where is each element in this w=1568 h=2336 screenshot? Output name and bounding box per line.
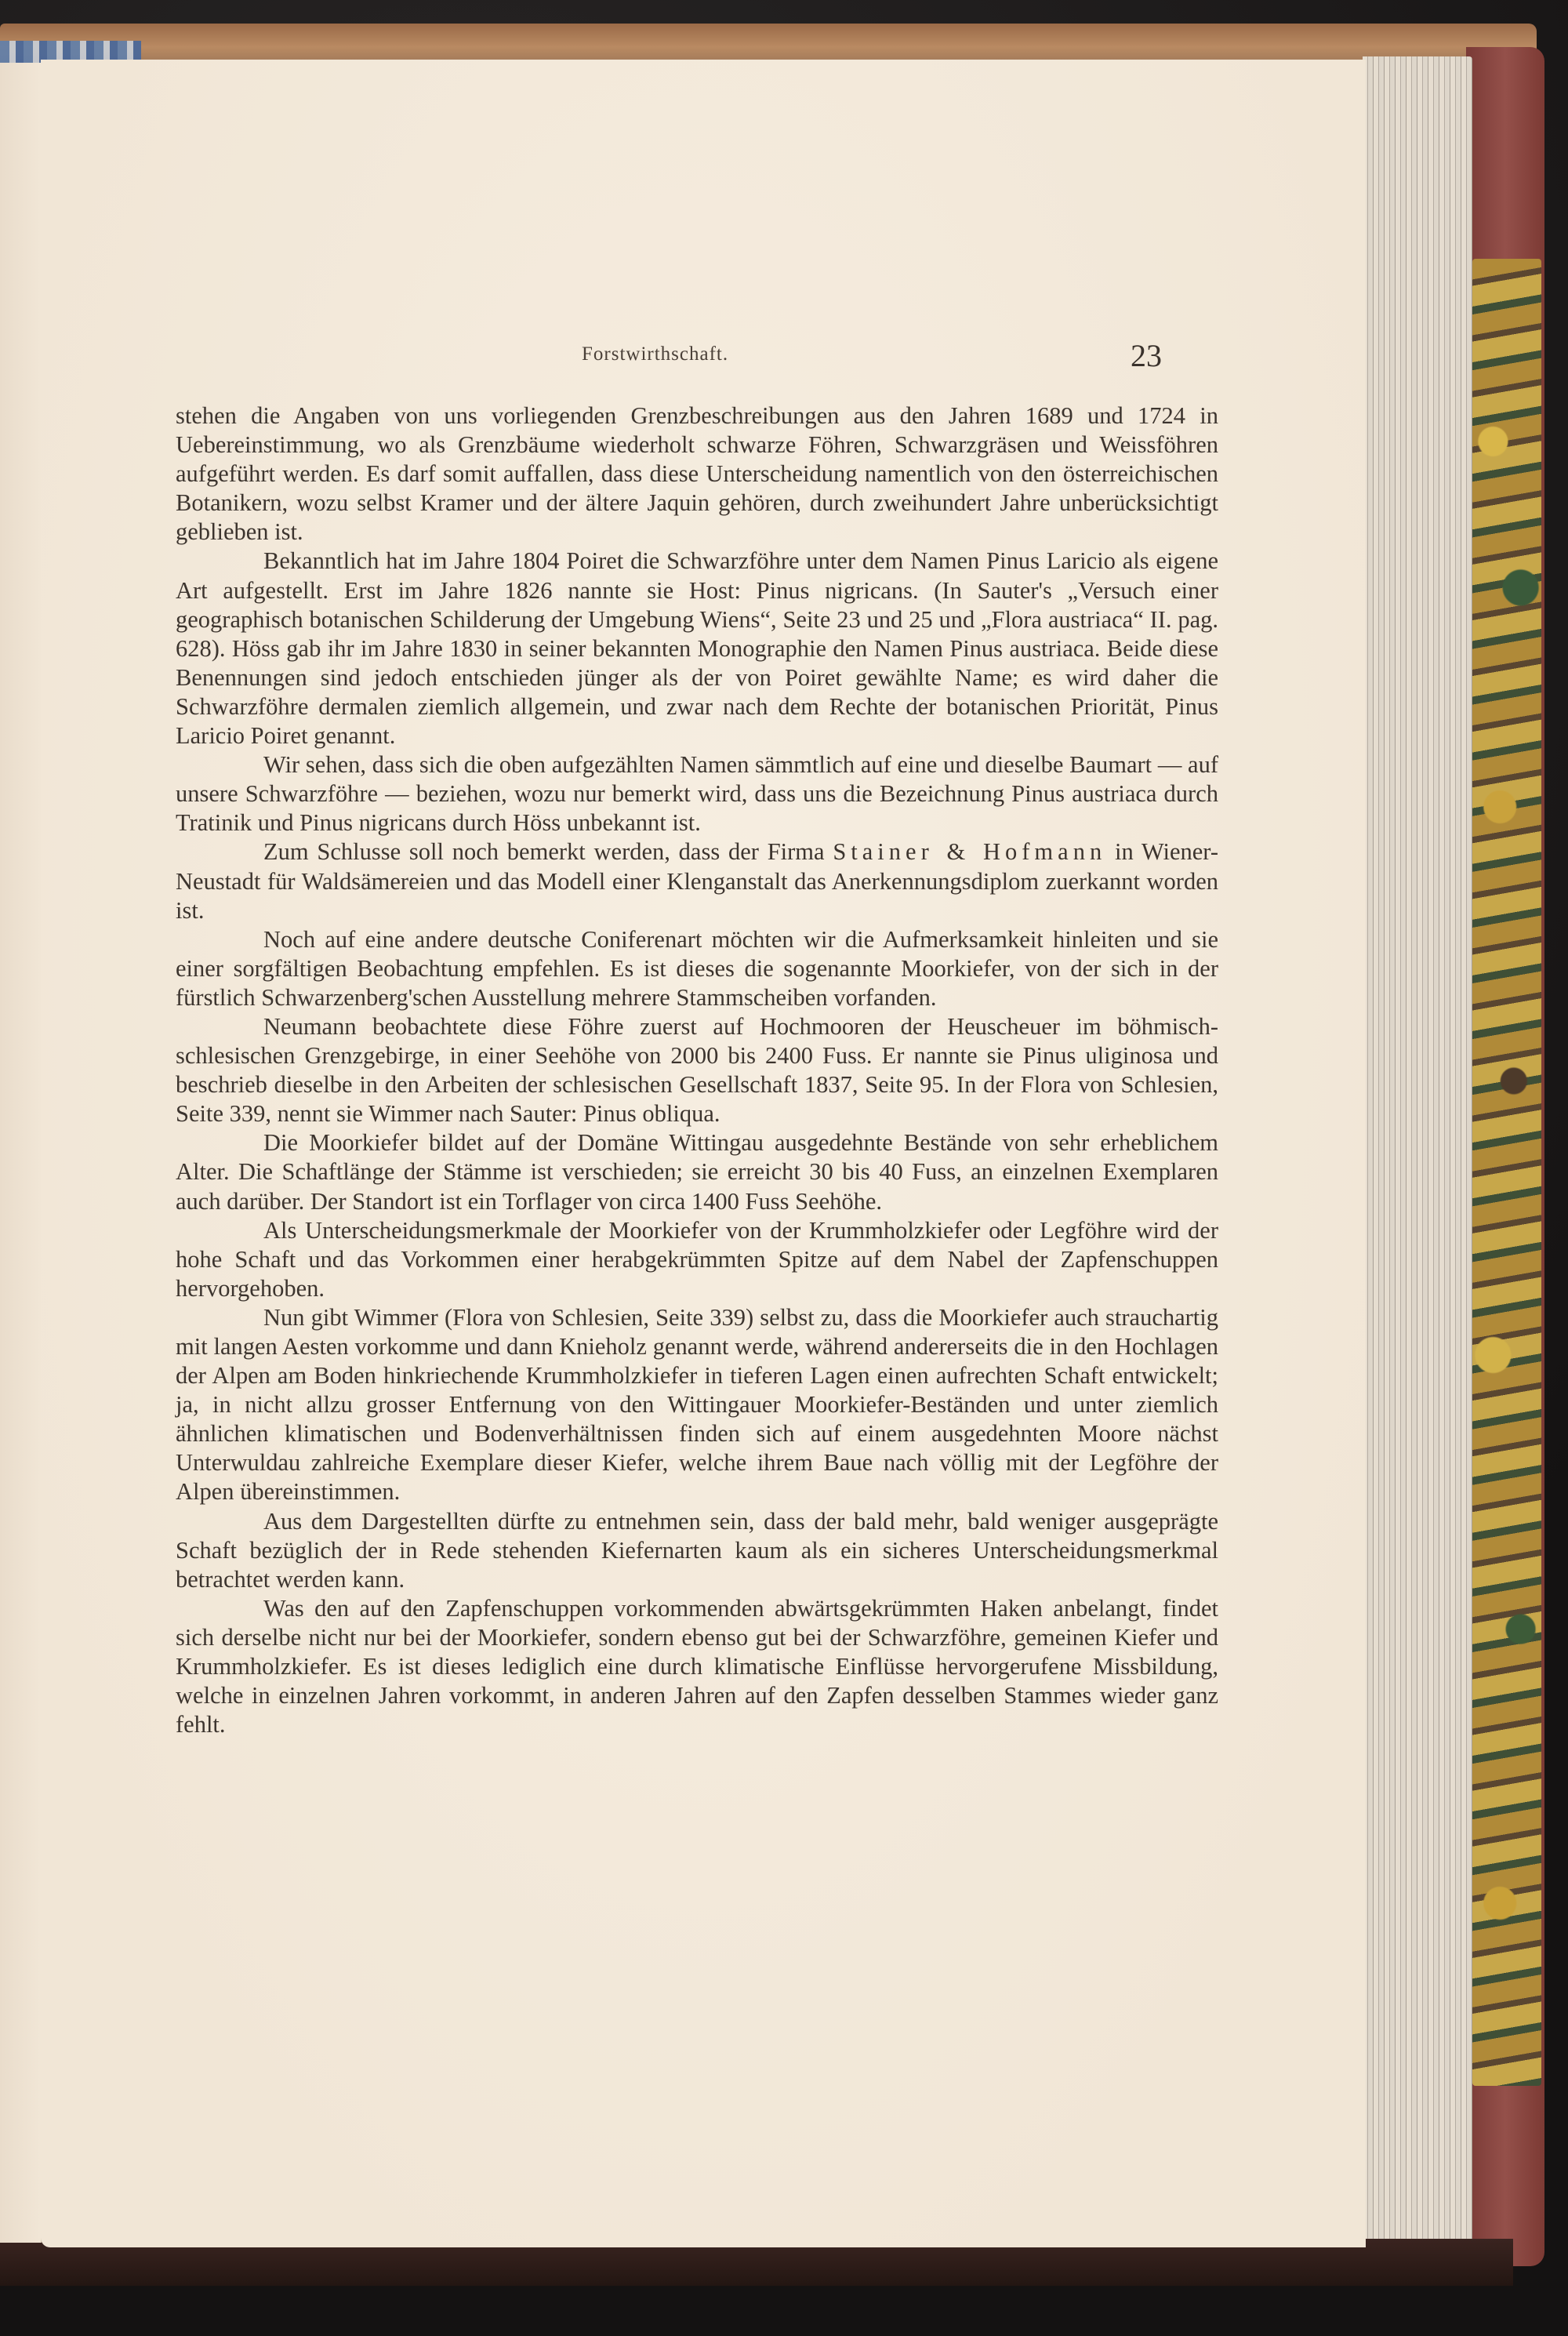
body-text: stehen die Angaben von uns vorliegenden …: [176, 401, 1218, 1739]
marbled-cover-paper: [1472, 259, 1541, 2086]
paragraph: Noch auf eine andere deutsche Coniferena…: [176, 925, 1218, 1012]
paragraph: Nun gibt Wimmer (Flora von Schlesien, Se…: [176, 1303, 1218, 1507]
page-number: 23: [1131, 337, 1162, 374]
paragraph: Bekanntlich hat im Jahre 1804 Poiret die…: [176, 547, 1218, 750]
paragraph: Als Unterscheidungsmerkmale der Moorkief…: [176, 1216, 1218, 1303]
paragraph: Zum Schlusse soll noch bemerkt werden, d…: [176, 837, 1218, 925]
page-edges: [1363, 56, 1472, 2252]
firm-name: Stainer & Hofmann: [833, 838, 1106, 865]
facing-page-edge: [0, 63, 42, 2243]
running-title: Forstwirthschaft.: [582, 343, 728, 365]
paragraph: stehen die Angaben von uns vorliegenden …: [176, 401, 1218, 547]
paragraph: Neumann beobachtete diese Föhre zuerst a…: [176, 1012, 1218, 1128]
paragraph: Die Moorkiefer bildet auf der Domäne Wit…: [176, 1128, 1218, 1215]
paragraph-text: Zum Schlusse soll noch bemerkt werden, d…: [263, 838, 833, 865]
book-page: Forstwirthschaft. 23 stehen die Angaben …: [41, 60, 1366, 2247]
book-top-edge: [0, 24, 1537, 63]
paragraph: Aus dem Dargestellten dürfte zu entnehme…: [176, 1507, 1218, 1594]
running-head: Forstwirthschaft. 23: [41, 340, 1366, 372]
paragraph: Wir sehen, dass sich die oben aufgezählt…: [176, 750, 1218, 837]
paragraph: Was den auf den Zapfenschuppen vorkommen…: [176, 1594, 1218, 1739]
